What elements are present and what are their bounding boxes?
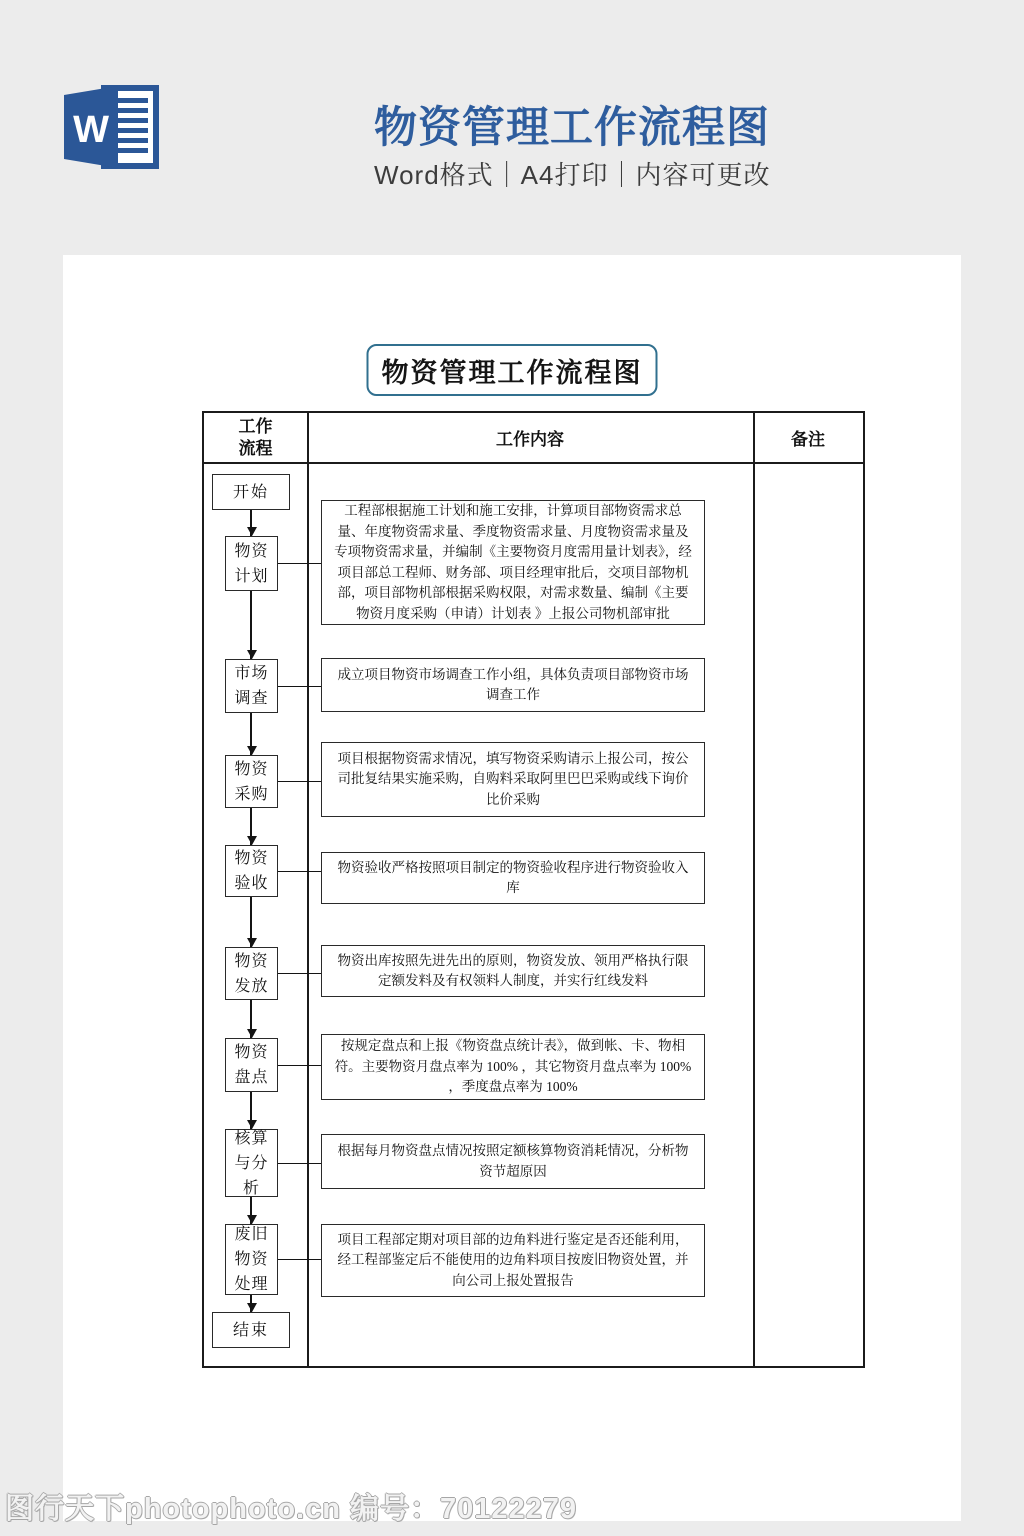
flow-arrow-down-4: [250, 808, 252, 845]
flow-step-accounting-analysis: 核算与分析: [225, 1129, 278, 1197]
content-box-acceptance: 物资验收严格按照项目制定的物资验收程序进行物资验收入库: [321, 852, 705, 904]
flow-arrow-down-1: [250, 510, 252, 536]
flow-connector-1: [278, 563, 321, 564]
flow-connector-6: [278, 1065, 321, 1066]
svg-text:W: W: [73, 109, 109, 151]
column-header-flow: 工作流程: [204, 413, 307, 462]
flow-step-material-plan: 物资计划: [225, 536, 278, 591]
flow-connector-7: [278, 1163, 321, 1164]
content-box-accounting-analysis: 根据每月物资盘点情况按照定额核算物资消耗情况，分析物资节超原因: [321, 1134, 705, 1189]
content-box-market-survey: 成立项目物资市场调查工作小组，具体负责项目部物资市场调查工作: [321, 658, 705, 712]
flowchart-title: 物资管理工作流程图: [382, 351, 643, 390]
header-row-divider: [204, 462, 863, 464]
flow-step-issuance: 物资发放: [225, 947, 278, 1000]
word-document-icon: W: [64, 84, 160, 170]
preview-subtitle: Word格式｜A4打印｜内容可更改: [374, 155, 770, 192]
content-box-inventory: 按规定盘点和上报《物资盘点统计表》，做到帐、卡、物相符。主要物资月盘点率为 10…: [321, 1034, 705, 1100]
content-box-scrap-disposal: 项目工程部定期对项目部的边角料进行鉴定是否还能利用，经工程部鉴定后不能使用的边角…: [321, 1224, 705, 1297]
template-preview: W 物资管理工作流程图 Word格式｜A4打印｜内容可更改 物资管理工作流程图 …: [0, 0, 1024, 1536]
flow-connector-5: [278, 973, 321, 974]
flow-step-acceptance: 物资验收: [225, 845, 278, 897]
flow-connector-4: [278, 871, 321, 872]
flow-arrow-down-3: [250, 713, 252, 755]
content-box-issuance: 物资出库按照先进先出的原则，物资发放、领用严格执行限定额发料及有权领料人制度，并…: [321, 945, 705, 997]
flow-arrow-down-6: [250, 1000, 252, 1038]
flow-connector-8: [278, 1259, 321, 1260]
column-divider-1: [307, 413, 309, 1366]
flow-arrow-down-5: [250, 897, 252, 947]
flow-arrow-down-2: [250, 591, 252, 659]
site-watermark: 图行天下photophoto.cn 编号：70122279: [5, 1486, 577, 1527]
flow-step-start: 开始: [212, 474, 290, 510]
preview-title: 物资管理工作流程图: [374, 94, 770, 155]
flowchart-table: 工作流程 工作内容 备注 开始 物资计划 市场调查 物资采购 物资验收 物资发放…: [202, 411, 865, 1368]
flow-step-scrap-disposal: 废旧物资处理: [225, 1224, 278, 1295]
column-divider-2: [753, 413, 755, 1366]
flow-connector-2: [278, 686, 321, 687]
column-header-content: 工作内容: [307, 413, 753, 462]
flow-step-inventory: 物资盘点: [225, 1038, 278, 1092]
flow-arrow-down-8: [250, 1197, 252, 1224]
content-box-procurement: 项目根据物资需求情况，填写物资采购请示上报公司，按公司批复结果实施采购，自购料采…: [321, 742, 705, 817]
flow-step-procurement: 物资采购: [225, 755, 278, 808]
column-header-remarks: 备注: [753, 413, 863, 462]
preview-header: W 物资管理工作流程图 Word格式｜A4打印｜内容可更改: [0, 0, 1024, 255]
flowchart-title-box: 物资管理工作流程图: [367, 344, 658, 396]
flow-connector-3: [278, 781, 321, 782]
document-page: 物资管理工作流程图 工作流程 工作内容 备注 开始 物资计划 市场调查 物资采购…: [63, 255, 961, 1521]
flow-step-end: 结束: [212, 1312, 290, 1348]
flow-arrow-down-7: [250, 1092, 252, 1129]
flow-arrow-down-9: [250, 1295, 252, 1312]
content-box-material-plan: 工程部根据施工计划和施工安排，计算项目部物资需求总量、年度物资需求量、季度物资需…: [321, 500, 705, 625]
flow-step-market-survey: 市场调查: [225, 659, 278, 713]
